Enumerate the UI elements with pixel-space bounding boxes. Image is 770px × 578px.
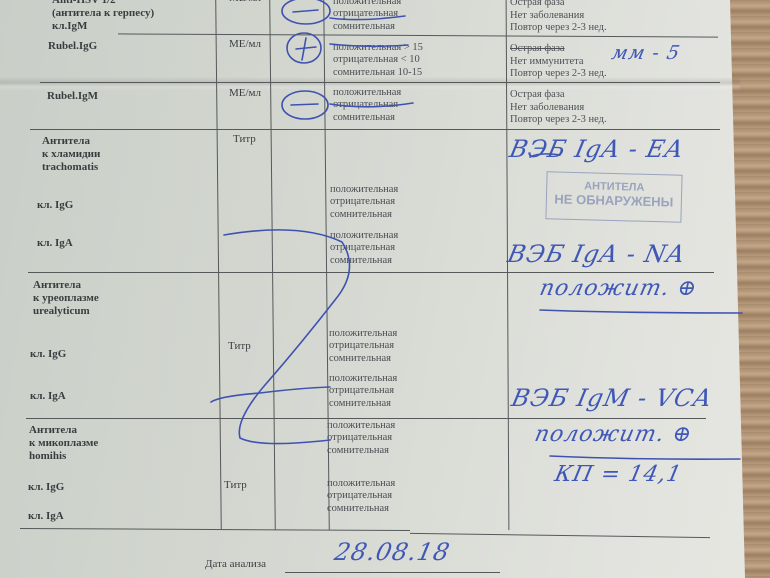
handwritten-note-mycoplasma-1: ВЭБ IgM - VCA xyxy=(509,384,715,412)
date-label: Дата анализа xyxy=(205,558,266,571)
handwritten-note-ureaplasma-1: ВЭБ IgA - NA xyxy=(505,240,688,268)
test-name-hsv: Anti-HSV 1/2 (антитела к герпесу) кл.IgM xyxy=(52,0,154,33)
test-name-mycoplasma: Антитела к микоплазме homihis xyxy=(29,424,98,463)
result-options-hsv: положительная отрицательная сомнительная xyxy=(333,0,401,33)
interpretation-hsv: Острая фаза Нет заболевания Повтор через… xyxy=(510,0,607,35)
row-divider xyxy=(40,82,720,83)
row-divider xyxy=(30,129,720,130)
subrow-label-igg: кл. IgG xyxy=(30,348,66,361)
result-options-chlamydia-igg: положительная отрицательная сомнительная xyxy=(330,184,398,221)
unit-chlamydia: Титр xyxy=(233,133,256,146)
result-options-rubel-igg: положительная > 15 отрицательная < 10 со… xyxy=(333,42,423,79)
interpretation-rubel-igg: Острая фаза Нет иммунитета Повтор через … xyxy=(510,43,607,81)
handwritten-note-mycoplasma-3: КП = 14,1 xyxy=(552,462,684,487)
date-value: 28.08.18 xyxy=(332,538,453,566)
result-options-ureaplasma-igg: положительная отрицательная сомнительная xyxy=(329,328,397,365)
test-name-rubel-igg: Rubel.IgG xyxy=(48,40,97,53)
handwritten-note-mycoplasma-2: положит. ⊕ xyxy=(532,422,694,447)
result-options-ureaplasma-iga: положительная отрицательная сомнительная xyxy=(329,373,397,410)
handwritten-note-rubel: мм - 5 xyxy=(610,42,683,64)
date-underline xyxy=(285,572,500,573)
test-name-rubel-igm: Rubel.IgM xyxy=(47,90,98,103)
unit-rubel-igg: МЕ/мл xyxy=(229,38,261,51)
handwritten-note-chlamydia: ВЭБ IgA - EA xyxy=(507,135,687,163)
handwritten-note-ureaplasma-2: положит. ⊕ xyxy=(537,276,699,301)
subrow-label-iga: кл. IgA xyxy=(37,237,73,250)
result-options-rubel-igm: положительная отрицательная сомнительная xyxy=(333,87,401,124)
test-name-chlamydia: Антитела к хламидии trachomatis xyxy=(42,135,100,174)
unit-mycoplasma: Титр xyxy=(224,479,247,492)
unit-ureaplasma: Титр xyxy=(228,340,251,353)
subrow-label-iga: кл. IgA xyxy=(28,510,64,523)
stamp-antibodies-not-found: АНТИТЕЛА НЕ ОБНАРУЖЕНЫ xyxy=(545,171,682,223)
row-divider xyxy=(28,272,714,273)
subrow-label-igg: кл. IgG xyxy=(28,481,64,494)
interpretation-rubel-igm: Острая фаза Нет заболевания Повтор через… xyxy=(510,89,607,127)
subrow-label-igg: кл. IgG xyxy=(37,199,73,212)
row-divider xyxy=(26,418,706,419)
result-options-mycoplasma-igg: положительная отрицательная сомнительная xyxy=(327,420,395,457)
subrow-label-iga: кл. IgA xyxy=(30,390,66,403)
unit-rubel-igm: МЕ/мл xyxy=(229,87,261,100)
result-options-mycoplasma-iga: положительная отрицательная сомнительная xyxy=(327,478,395,515)
test-name-ureaplasma: Антитела к уреоплазме urealyticum xyxy=(33,279,99,318)
unit-hsv: МЕ/мл xyxy=(229,0,261,5)
result-options-chlamydia-iga: положительная отрицательная сомнительная xyxy=(330,230,398,267)
